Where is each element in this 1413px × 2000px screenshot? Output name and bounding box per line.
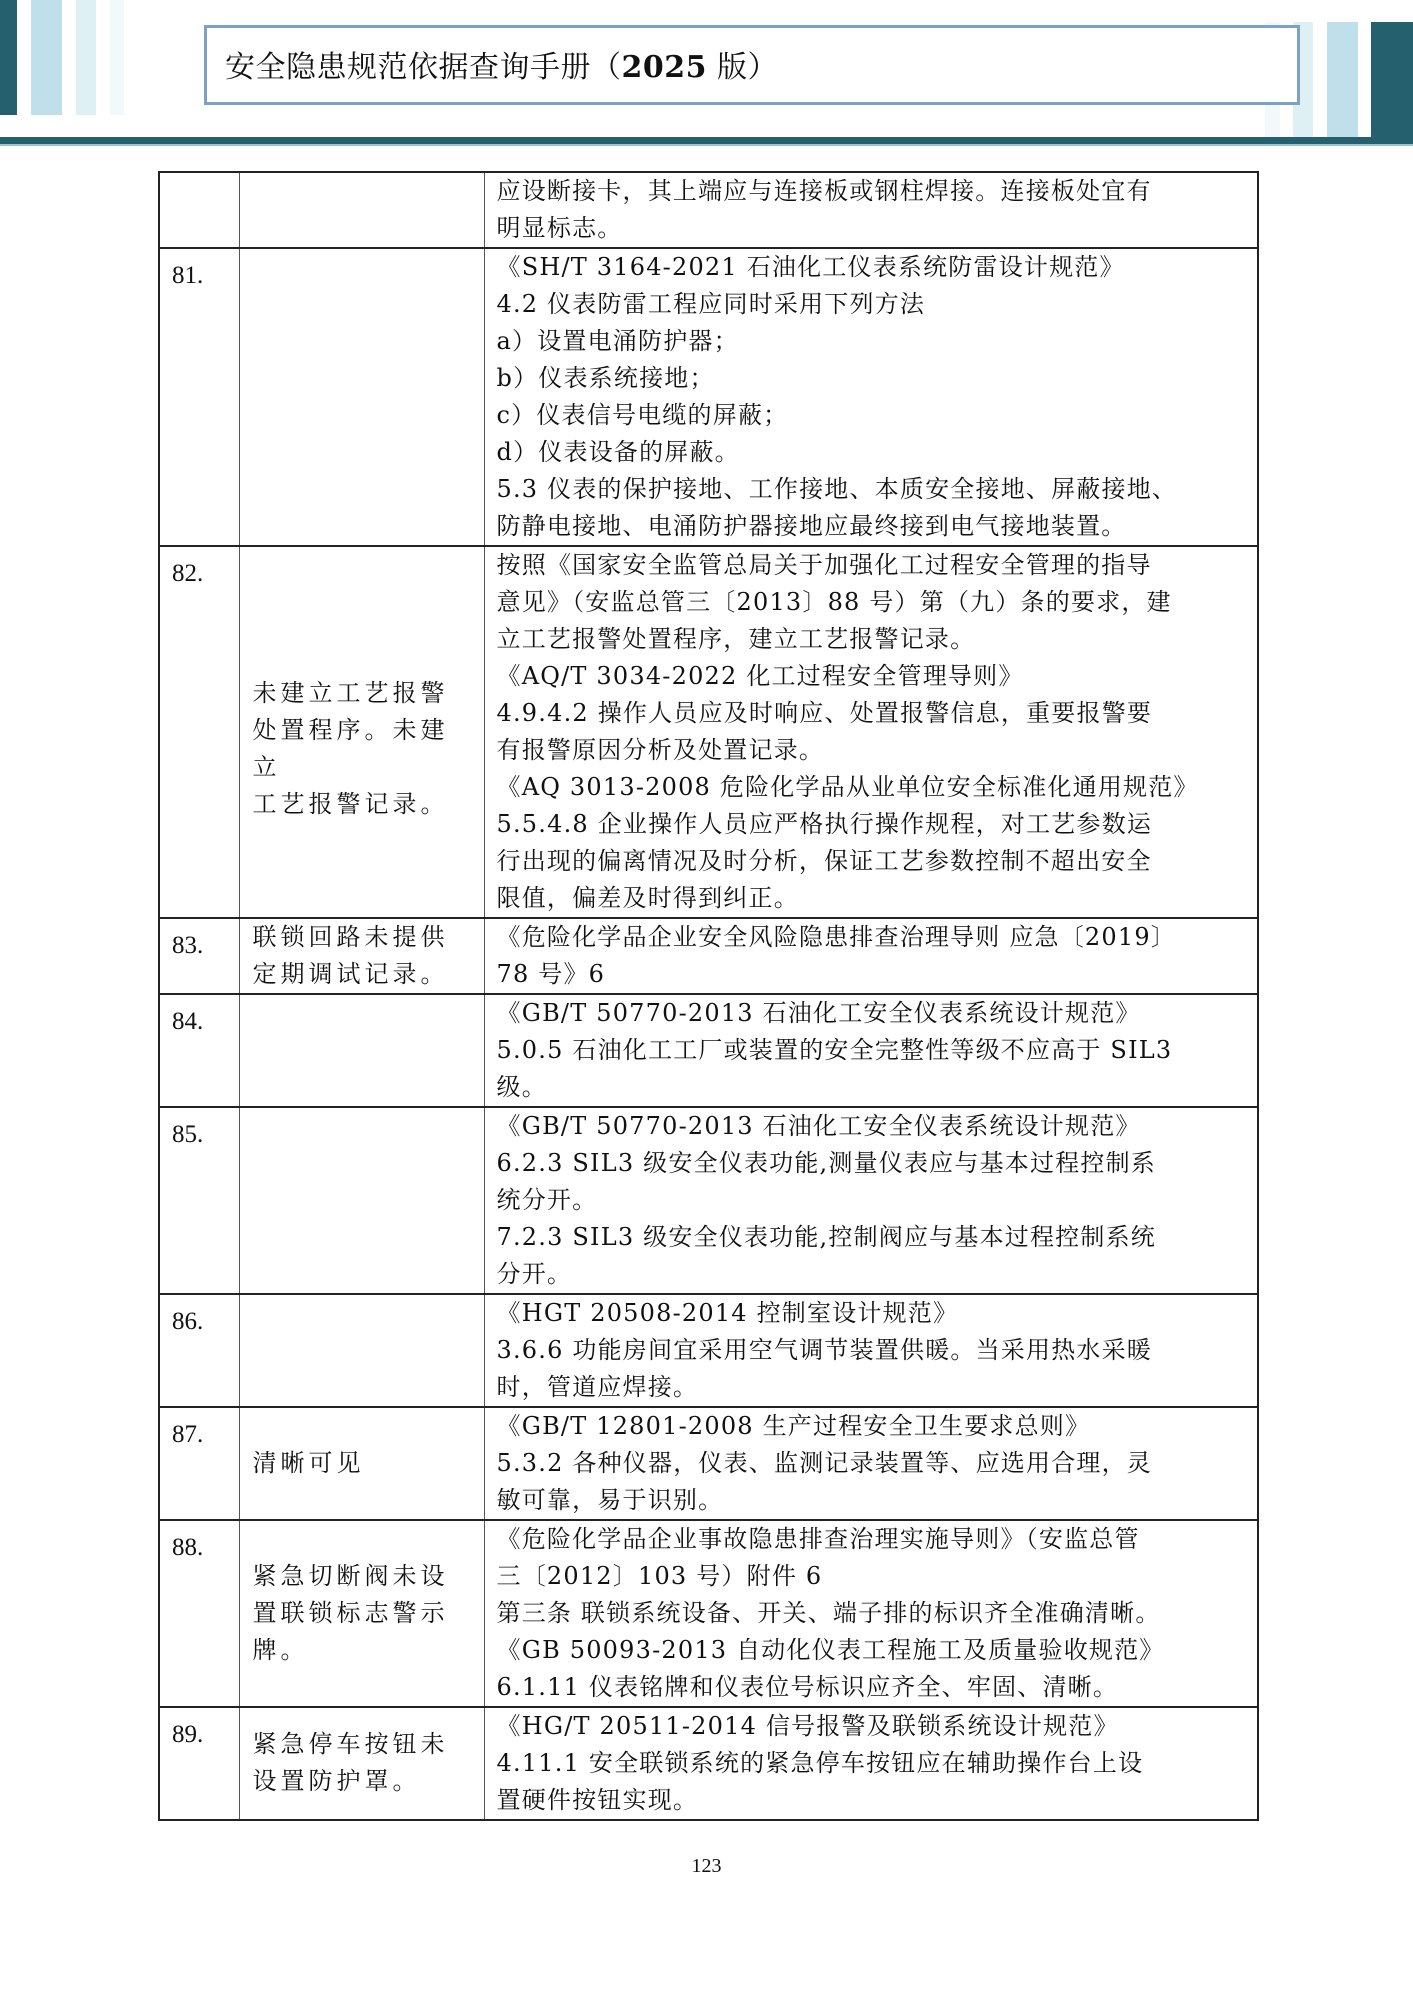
regulation-reference-line: 《GB/T 12801-2008 生产过程安全卫生要求总则》 (497, 1408, 1252, 1445)
hazard-description: 联锁回路未提供定期调试记录。 (240, 919, 484, 993)
regulation-reference: 《GB/T 50770-2013 石油化工安全仪表系统设计规范》5.0.5 石油… (485, 995, 1258, 1106)
regulation-reference-line: 4.2 仪表防雷工程应同时采用下列方法 (497, 286, 1252, 323)
table-row: 89.紧急停车按钮未设置防护罩。《HG/T 20511-2014 信号报警及联锁… (159, 1707, 1258, 1820)
cell-regulation-reference: 应设断接卡，其上端应与连接板或钢柱焊接。连接板处宜有明显标志。 (484, 172, 1258, 248)
regulation-reference-line: 4.11.1 安全联锁系统的紧急停车按钮应在辅助操作台上设 (497, 1745, 1252, 1782)
cell-hazard-description (239, 172, 484, 248)
table-row: 应设断接卡，其上端应与连接板或钢柱焊接。连接板处宜有明显标志。 (159, 172, 1258, 248)
cell-number: 89. (159, 1707, 239, 1820)
hazard-description: 未建立工艺报警处置程序。未建立工艺报警记录。 (240, 547, 484, 823)
cell-number: 88. (159, 1520, 239, 1707)
cell-regulation-reference: 《危险化学品企业安全风险隐患排查治理导则 应急〔2019〕78 号》6 (484, 918, 1258, 994)
table-row: 86.《HGT 20508-2014 控制室设计规范》3.6.6 功能房间宜采用… (159, 1294, 1258, 1407)
regulation-reference-line: 3.6.6 功能房间宜采用空气调节装置供暖。当采用热水采暖 (497, 1332, 1252, 1369)
cell-hazard-description: 紧急停车按钮未设置防护罩。 (239, 1707, 484, 1820)
regulation-reference-line: 《AQ/T 3034-2022 化工过程安全管理导则》 (497, 658, 1252, 695)
hazard-description-line: 紧急停车按钮未 (253, 1726, 476, 1763)
regulation-reference-line: 应设断接卡，其上端应与连接板或钢柱焊接。连接板处宜有 (497, 173, 1252, 210)
title-year: 2025 (622, 50, 708, 85)
regulation-reference-line: 时，管道应焊接。 (497, 1369, 1252, 1406)
cell-regulation-reference: 《GB/T 50770-2013 石油化工安全仪表系统设计规范》5.0.5 石油… (484, 994, 1258, 1107)
hazard-description: 紧急切断阀未设置联锁标志警示牌。 (240, 1521, 484, 1669)
regulation-reference-line: a）设置电涌防护器； (497, 323, 1252, 360)
regulation-reference: 应设断接卡，其上端应与连接板或钢柱焊接。连接板处宜有明显标志。 (485, 173, 1258, 247)
table-row: 84.《GB/T 50770-2013 石油化工安全仪表系统设计规范》5.0.5… (159, 994, 1258, 1107)
regulation-reference-line: 7.2.3 SIL3 级安全仪表功能,控制阀应与基本过程控制系统 (497, 1219, 1252, 1256)
cell-regulation-reference: 《GB/T 50770-2013 石油化工安全仪表系统设计规范》6.2.3 SI… (484, 1107, 1258, 1294)
item-number: 84. (160, 995, 239, 1040)
table-row: 87.清晰可见《GB/T 12801-2008 生产过程安全卫生要求总则》5.3… (159, 1407, 1258, 1520)
regulation-reference-line: 分开。 (497, 1256, 1252, 1293)
cell-number: 87. (159, 1407, 239, 1520)
regulation-reference-line: 限值，偏差及时得到纠正。 (497, 880, 1252, 917)
regulation-reference-line: 4.9.4.2 操作人员应及时响应、处置报警信息，重要报警要 (497, 695, 1252, 732)
regulation-reference-line: 《GB/T 50770-2013 石油化工安全仪表系统设计规范》 (497, 995, 1252, 1032)
regulation-reference-line: 防静电接地、电涌防护器接地应最终接到电气接地装置。 (497, 508, 1252, 545)
item-number (160, 173, 239, 182)
cell-hazard-description (239, 1294, 484, 1407)
regulation-reference-line: 5.0.5 石油化工工厂或装置的安全完整性等级不应高于 SIL3 (497, 1032, 1252, 1069)
cell-regulation-reference: 《HG/T 20511-2014 信号报警及联锁系统设计规范》4.11.1 安全… (484, 1707, 1258, 1820)
regulation-reference-line: 第三条 联锁系统设备、开关、端子排的标识齐全准确清晰。 (497, 1595, 1252, 1632)
regulation-reference-line: 《HGT 20508-2014 控制室设计规范》 (497, 1295, 1252, 1332)
item-number: 88. (160, 1521, 239, 1566)
page-number: 123 (0, 1855, 1413, 1878)
header-bar-pale-left (76, 0, 96, 115)
header-rule-shadow (0, 144, 1413, 146)
header-title-box: 安全隐患规范依据查询手册（2025 版） (204, 25, 1300, 105)
regulation-reference: 《GB/T 12801-2008 生产过程安全卫生要求总则》5.3.2 各种仪器… (485, 1408, 1258, 1519)
regulation-reference-line: 《SH/T 3164-2021 石油化工仪表系统防雷设计规范》 (497, 249, 1252, 286)
item-number: 83. (160, 919, 239, 964)
cell-hazard-description (239, 994, 484, 1107)
regulation-reference-line: b）仪表系统接地； (497, 360, 1252, 397)
cell-number: 83. (159, 918, 239, 994)
regulation-reference-line: 立工艺报警处置程序，建立工艺报警记录。 (497, 621, 1252, 658)
regulation-reference-line: 78 号》6 (497, 956, 1252, 993)
cell-number (159, 172, 239, 248)
regulation-reference-line: 行出现的偏离情况及时分析，保证工艺参数控制不超出安全 (497, 843, 1252, 880)
regulation-reference: 《HG/T 20511-2014 信号报警及联锁系统设计规范》4.11.1 安全… (485, 1708, 1258, 1819)
hazard-description: 清晰可见 (240, 1408, 484, 1482)
header-bar-light-right (1327, 22, 1358, 138)
table-row: 81.《SH/T 3164-2021 石油化工仪表系统防雷设计规范》4.2 仪表… (159, 248, 1258, 546)
cell-number: 85. (159, 1107, 239, 1294)
hazard-description-line: 牌。 (253, 1632, 476, 1669)
header-rule (0, 137, 1413, 144)
item-number: 85. (160, 1108, 239, 1153)
cell-number: 82. (159, 546, 239, 918)
regulation-reference-line: 置硬件按钮实现。 (497, 1782, 1252, 1819)
cell-hazard-description (239, 1107, 484, 1294)
item-number: 82. (160, 547, 239, 592)
regulation-reference-line: 《GB/T 50770-2013 石油化工安全仪表系统设计规范》 (497, 1108, 1252, 1145)
regulation-reference-line: 按照《国家安全监管总局关于加强化工过程安全管理的指导 (497, 547, 1252, 584)
regulation-reference: 《GB/T 50770-2013 石油化工安全仪表系统设计规范》6.2.3 SI… (485, 1108, 1258, 1293)
regulation-table: 应设断接卡，其上端应与连接板或钢柱焊接。连接板处宜有明显标志。81.《SH/T … (158, 171, 1259, 1821)
cell-hazard-description: 清晰可见 (239, 1407, 484, 1520)
cell-hazard-description: 未建立工艺报警处置程序。未建立工艺报警记录。 (239, 546, 484, 918)
regulation-reference-line: 6.1.11 仪表铭牌和仪表位号标识应齐全、牢固、清晰。 (497, 1669, 1252, 1706)
regulation-reference-line: 明显标志。 (497, 210, 1252, 247)
table-body: 应设断接卡，其上端应与连接板或钢柱焊接。连接板处宜有明显标志。81.《SH/T … (159, 172, 1258, 1820)
regulation-reference-line: 《GB 50093-2013 自动化仪表工程施工及质量验收规范》 (497, 1632, 1252, 1669)
regulation-reference-line: 《危险化学品企业安全风险隐患排查治理导则 应急〔2019〕 (497, 919, 1252, 956)
cell-hazard-description: 联锁回路未提供定期调试记录。 (239, 918, 484, 994)
table-row: 82.未建立工艺报警处置程序。未建立工艺报警记录。按照《国家安全监管总局关于加强… (159, 546, 1258, 918)
header-bar-dark-left (0, 0, 17, 115)
regulation-reference-line: d）仪表设备的屏蔽。 (497, 434, 1252, 471)
cell-hazard-description: 紧急切断阀未设置联锁标志警示牌。 (239, 1520, 484, 1707)
regulation-reference-line: 5.3.2 各种仪器，仪表、监测记录装置等、应选用合理，灵 (497, 1445, 1252, 1482)
table-row: 83.联锁回路未提供定期调试记录。《危险化学品企业安全风险隐患排查治理导则 应急… (159, 918, 1258, 994)
cell-number: 84. (159, 994, 239, 1107)
cell-number: 86. (159, 1294, 239, 1407)
header-bar-light-left (31, 0, 62, 115)
regulation-reference: 《HGT 20508-2014 控制室设计规范》3.6.6 功能房间宜采用空气调… (485, 1295, 1258, 1406)
regulation-reference-line: c）仪表信号电缆的屏蔽； (497, 397, 1252, 434)
regulation-reference-line: 《AQ 3013-2008 危险化学品从业单位安全标准化通用规范》 (497, 769, 1252, 806)
regulation-reference-line: 《危险化学品企业事故隐患排查治理实施导则》（安监总管 (497, 1521, 1252, 1558)
header-bar-dark-right (1371, 22, 1413, 144)
regulation-reference-line: 意见》（安监总管三〔2013〕88 号）第（九）条的要求，建 (497, 584, 1252, 621)
regulation-reference-line: 6.2.3 SIL3 级安全仪表功能,测量仪表应与基本过程控制系 (497, 1145, 1252, 1182)
regulation-reference-line: 三〔2012〕103 号）附件 6 (497, 1558, 1252, 1595)
hazard-description-line: 未建立工艺报警 (253, 675, 476, 712)
title-prefix: 安全隐患规范依据查询手册（ (225, 50, 622, 85)
regulation-reference-line: 敏可靠，易于识别。 (497, 1482, 1252, 1519)
hazard-description-line: 设置防护罩。 (253, 1763, 476, 1800)
hazard-description-line: 处置程序。未建立 (253, 712, 476, 786)
regulation-reference-line: 统分开。 (497, 1182, 1252, 1219)
document-title: 安全隐患规范依据查询手册（2025 版） (225, 42, 778, 86)
hazard-description-line: 定期调试记录。 (253, 956, 476, 993)
regulation-reference: 《SH/T 3164-2021 石油化工仪表系统防雷设计规范》4.2 仪表防雷工… (485, 249, 1258, 545)
hazard-description-line: 置联锁标志警示 (253, 1595, 476, 1632)
cell-regulation-reference: 《GB/T 12801-2008 生产过程安全卫生要求总则》5.3.2 各种仪器… (484, 1407, 1258, 1520)
cell-regulation-reference: 《危险化学品企业事故隐患排查治理实施导则》（安监总管三〔2012〕103 号）附… (484, 1520, 1258, 1707)
regulation-reference: 《危险化学品企业安全风险隐患排查治理导则 应急〔2019〕78 号》6 (485, 919, 1258, 993)
item-number: 81. (160, 249, 239, 294)
regulation-reference-line: 级。 (497, 1069, 1252, 1106)
regulation-reference-line: 《HG/T 20511-2014 信号报警及联锁系统设计规范》 (497, 1708, 1252, 1745)
hazard-description-line: 清晰可见 (253, 1445, 476, 1482)
cell-regulation-reference: 《HGT 20508-2014 控制室设计规范》3.6.6 功能房间宜采用空气调… (484, 1294, 1258, 1407)
cell-hazard-description (239, 248, 484, 546)
hazard-description: 紧急停车按钮未设置防护罩。 (240, 1708, 484, 1800)
table-row: 88.紧急切断阀未设置联锁标志警示牌。《危险化学品企业事故隐患排查治理实施导则》… (159, 1520, 1258, 1707)
item-number: 86. (160, 1295, 239, 1340)
cell-regulation-reference: 《SH/T 3164-2021 石油化工仪表系统防雷设计规范》4.2 仪表防雷工… (484, 248, 1258, 546)
cell-regulation-reference: 按照《国家安全监管总局关于加强化工过程安全管理的指导意见》（安监总管三〔2013… (484, 546, 1258, 918)
cell-number: 81. (159, 248, 239, 546)
regulation-reference: 《危险化学品企业事故隐患排查治理实施导则》（安监总管三〔2012〕103 号）附… (485, 1521, 1258, 1706)
hazard-description-line: 紧急切断阀未设 (253, 1558, 476, 1595)
regulation-reference-line: 有报警原因分析及处置记录。 (497, 732, 1252, 769)
item-number: 89. (160, 1708, 239, 1753)
regulation-reference-line: 5.5.4.8 企业操作人员应严格执行操作规程，对工艺参数运 (497, 806, 1252, 843)
item-number: 87. (160, 1408, 239, 1453)
hazard-description-line: 联锁回路未提供 (253, 919, 476, 956)
header-bar-faint-left (110, 0, 124, 115)
regulation-reference-line: 5.3 仪表的保护接地、工作接地、本质安全接地、屏蔽接地、 (497, 471, 1252, 508)
title-suffix: 版） (707, 50, 778, 85)
hazard-description-line: 工艺报警记录。 (253, 786, 476, 823)
regulation-reference: 按照《国家安全监管总局关于加强化工过程安全管理的指导意见》（安监总管三〔2013… (485, 547, 1258, 917)
table-row: 85.《GB/T 50770-2013 石油化工安全仪表系统设计规范》6.2.3… (159, 1107, 1258, 1294)
